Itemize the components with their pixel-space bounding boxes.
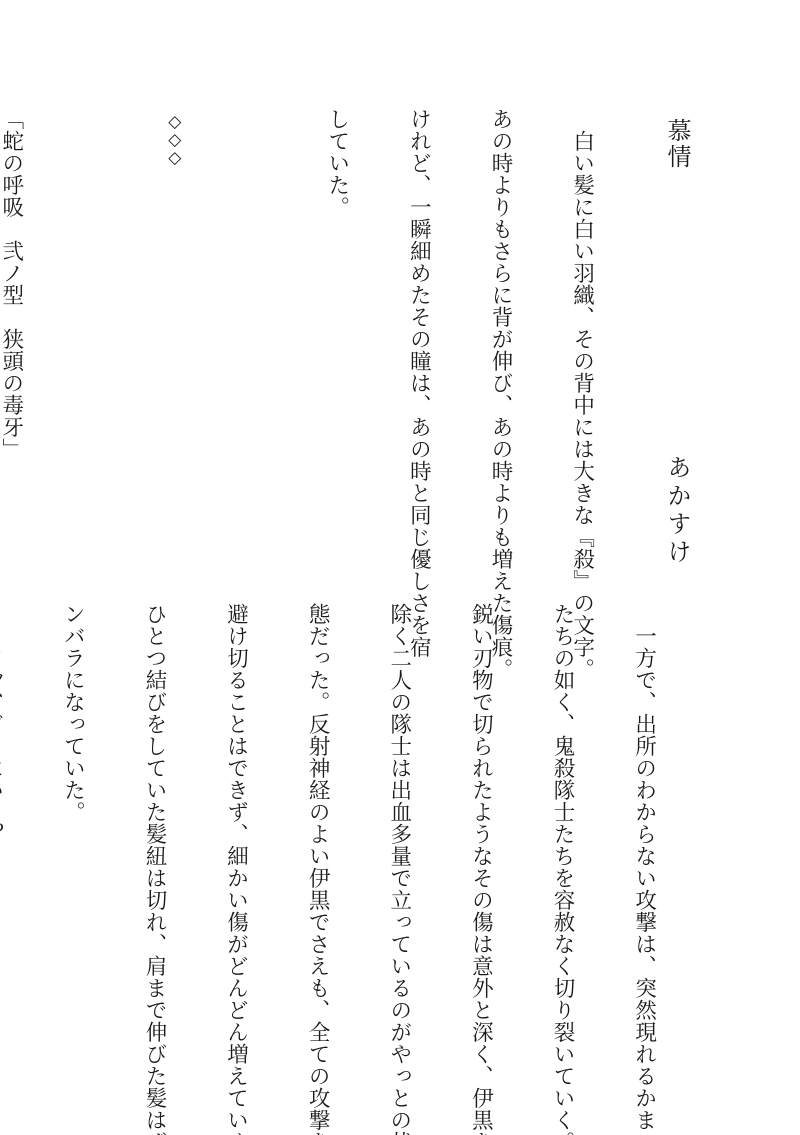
- author-name: あかすけ: [660, 455, 695, 567]
- spacer: [79, 108, 106, 568]
- text-line: たちの如く、鬼殺隊士たちを容赦なく切り裂いていく。: [549, 603, 576, 1063]
- text-line: ひとつ結びをしていた髪紐は切れ、肩まで伸びた髪はザ: [141, 603, 168, 1063]
- story-title: 慕情: [660, 118, 695, 170]
- text-line: あの時よりもさらに背が伸び、あの時よりも増えた傷痕。: [487, 108, 514, 568]
- text-line: 一方で、出所のわからない攻撃は、突然現れるかまい: [630, 603, 657, 1063]
- text-line: 除く二人の隊士は出血多量で立っているのがやっとの状: [386, 603, 413, 1063]
- text-line: 態だった。反射神経のよい伊黒でさえも、全ての攻撃を: [304, 603, 331, 1063]
- text-line: 鋭い刃物で切られたようなその傷は意外と深く、伊黒を: [467, 603, 494, 1063]
- text-line: 白い髪に白い羽織、その背中には大きな『殺』の文字。: [568, 108, 595, 568]
- text-line: けれど、一瞬細めたその瞳は、あの時と同じ優しさを宿: [405, 108, 432, 568]
- text-block-bottom: 一方で、出所のわからない攻撃は、突然現れるかまい たちの如く、鬼殺隊士たちを容赦…: [0, 603, 712, 1063]
- text-line: 「蛇の呼吸 弐ノ型 狭頭の毒牙」: [0, 108, 25, 568]
- spacer: [242, 108, 269, 568]
- text-line: クソッ、どこにいる？: [0, 603, 5, 1063]
- text-line: していた。: [324, 108, 351, 568]
- text-block-top: 白い髪に白い羽織、その背中には大きな『殺』の文字。 あの時よりもさらに背が伸び、…: [0, 108, 650, 568]
- text-line: ンバラになっていた。: [59, 603, 86, 1063]
- text-line: 避け切ることはできず、細かい傷がどんどん増えていく。: [222, 603, 249, 1063]
- section-break-diamonds: ◇◇◇: [161, 108, 188, 568]
